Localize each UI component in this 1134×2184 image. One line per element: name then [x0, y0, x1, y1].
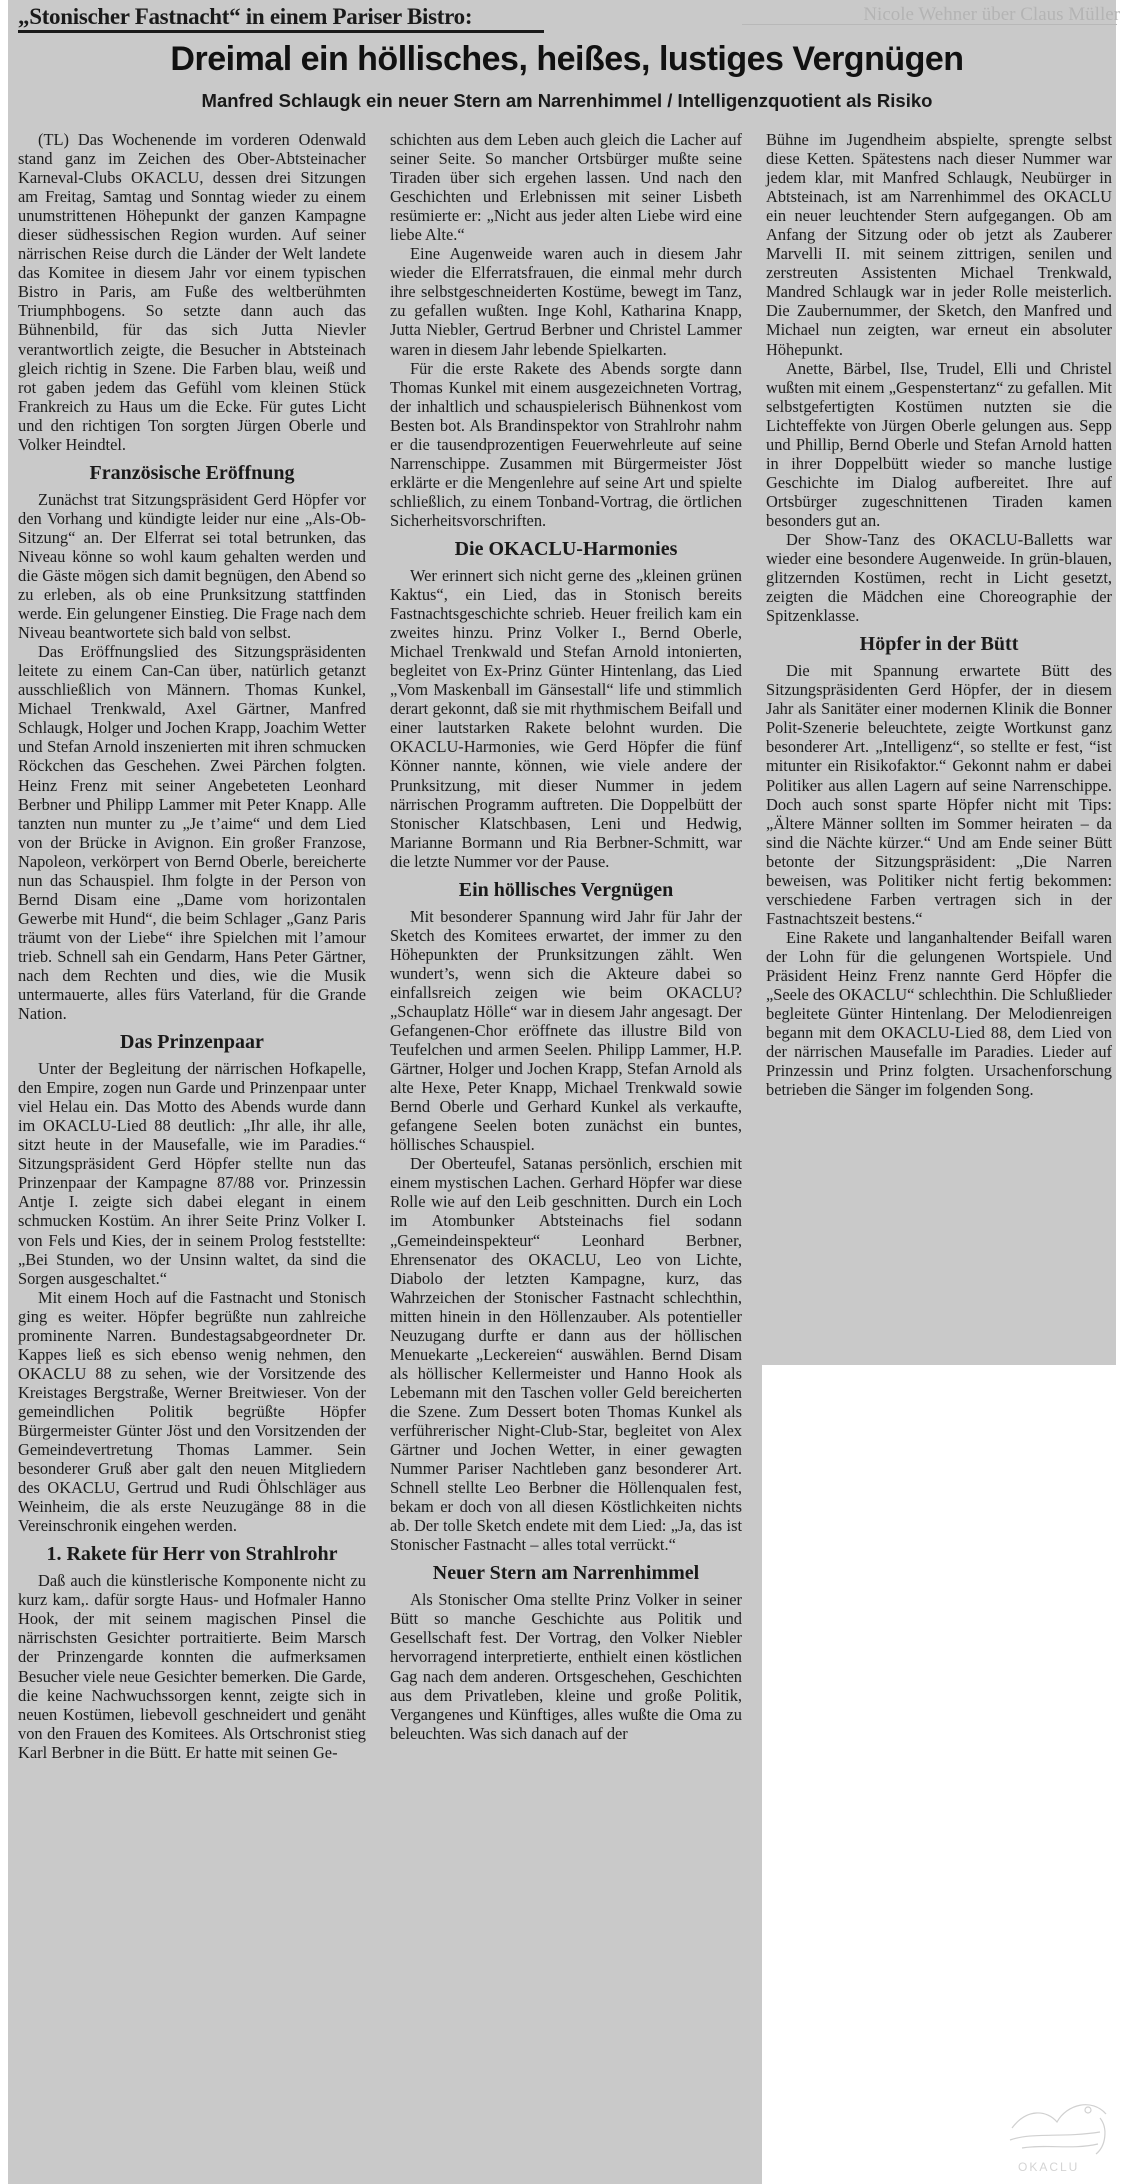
- section-heading: Das Prinzenpaar: [18, 1031, 366, 1053]
- article-headline: Dreimal ein höllisches, heißes, lustiges…: [0, 40, 1134, 79]
- article-paragraph: Der Oberteufel, Satanas persönlich, ersc…: [390, 1154, 742, 1554]
- article-subhead: Manfred Schlaugk ein neuer Stern am Narr…: [0, 90, 1134, 112]
- article-paragraph: Für die erste Rakete des Abends sorgte d…: [390, 359, 742, 530]
- section-heading: Neuer Stern am Narrenhimmel: [390, 1562, 742, 1584]
- article-paragraph: Bühne im Jugendheim abspielte, sprengte …: [766, 130, 1112, 359]
- section-heading: Französische Eröffnung: [18, 462, 366, 484]
- article-paragraph: Unter der Begleitung der närrischen Hofk…: [18, 1059, 366, 1288]
- article-paragraph: Die mit Spannung erwartete Bütt des Sitz…: [766, 661, 1112, 928]
- article-paragraph: Eine Augenweide waren auch in diesem Jah…: [390, 244, 742, 358]
- bleed-through-header: Nicole Wehner über Claus Müller: [740, 4, 1120, 24]
- article-paragraph: Wer erinnert sich nicht gerne des „klein…: [390, 566, 742, 871]
- article-paragraph: Anette, Bärbel, Ilse, Trudel, Elli und C…: [766, 359, 1112, 530]
- okaclu-logo-text: OKACLU: [1018, 2160, 1079, 2174]
- section-heading: Ein höllisches Vergnügen: [390, 879, 742, 901]
- article-paragraph: Das Eröffnungslied des Sitzungspräsident…: [18, 642, 366, 1023]
- article-paragraph: Mit einem Hoch auf die Fastnacht und Sto…: [18, 1288, 366, 1536]
- section-heading: 1. Rakete für Herr von Strahlrohr: [18, 1543, 366, 1565]
- article-paragraph: Der Show-Tanz des OKACLU-Balletts war wi…: [766, 530, 1112, 625]
- article-column-3: Bühne im Jugendheim abspielte, sprengte …: [766, 130, 1112, 1099]
- kicker-underline: [18, 30, 544, 33]
- article-column-2: schichten aus dem Leben auch gleich die …: [390, 130, 742, 1743]
- article-paragraph: Als Stonischer Oma stellte Prinz Volker …: [390, 1590, 742, 1742]
- article-paragraph: schichten aus dem Leben auch gleich die …: [390, 130, 742, 244]
- bleed-through-rule: [742, 24, 1117, 25]
- article-paragraph: Zunächst trat Sitzungspräsident Gerd Höp…: [18, 490, 366, 642]
- article-column-1: (TL) Das Wochenende im vorderen Odenwald…: [18, 130, 366, 1762]
- article-paragraph: (TL) Das Wochenende im vorderen Odenwald…: [18, 130, 366, 454]
- article-paragraph: Mit besonderer Spannung wird Jahr für Ja…: [390, 907, 742, 1155]
- section-heading: Die OKACLU-Harmonies: [390, 538, 742, 560]
- article-kicker: „Stonischer Fastnacht“ in einem Pariser …: [18, 4, 472, 30]
- article-paragraph: Daß auch die künstlerische Komponente ni…: [18, 1571, 366, 1761]
- article-paragraph: Eine Rakete und langanhaltender Beifall …: [766, 928, 1112, 1099]
- section-heading: Höpfer in der Bütt: [766, 633, 1112, 655]
